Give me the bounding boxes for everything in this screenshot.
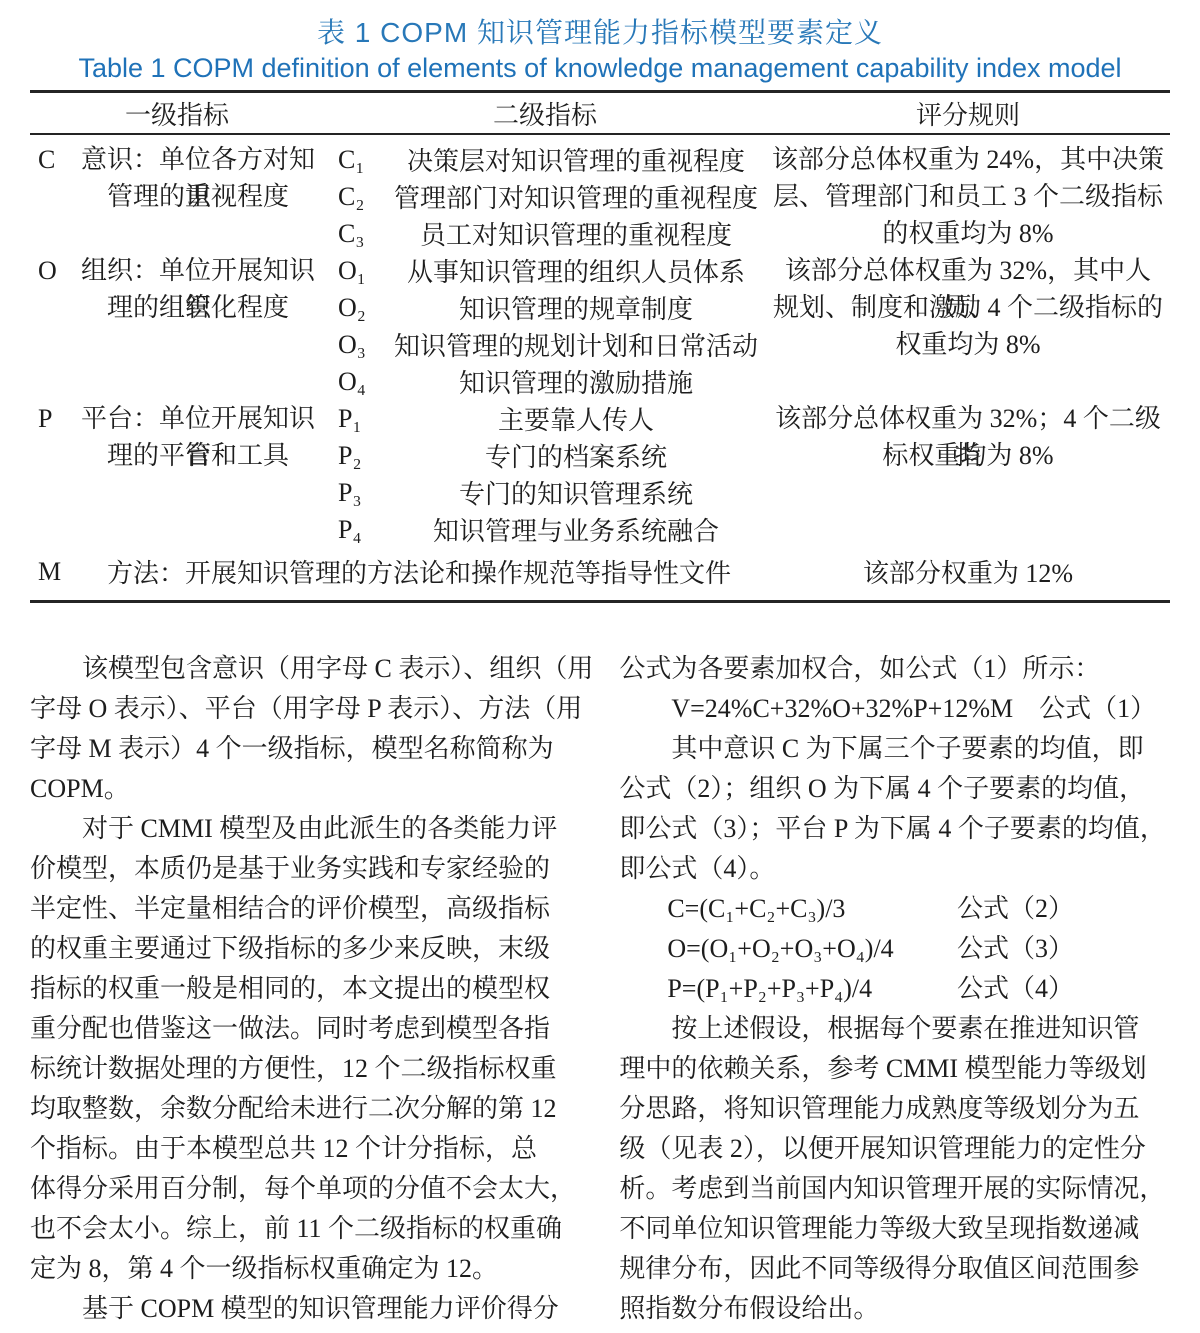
right-column: 公式为各要素加权合，如公式（1）所示： V=24%C+32%O+32%P+12%… [619, 649, 1170, 1329]
table-row-group-o: O 组织：单位开展知识管 理的组织化程度 O₁ 从事知识管理的组织人员体系 O₂… [30, 252, 1170, 400]
sub-code: O₃ [324, 330, 386, 360]
primary-line: 组织：单位开展知识管 [72, 252, 324, 289]
sub-code: P₁ [324, 404, 386, 434]
row-sub-indicators: O₁ 从事知识管理的组织人员体系 O₂ 知识管理的规章制度 O₃ 知识管理的规划… [324, 252, 766, 400]
formula-row: O=(O₁+O₂+O₃+O₄)/4 公式（3） [619, 929, 1170, 969]
sub-code: C₁ [324, 145, 386, 175]
text-line: 分思路，将知识管理能力成熟度等级划分为五 [619, 1089, 1170, 1129]
text-line: 标统计数据处理的方便性，12 个二级指标权重 [30, 1049, 593, 1089]
rule-line: 层、管理部门和员工 3 个二级指标 [766, 178, 1170, 215]
sub-desc: 主要靠人传人 [386, 400, 766, 437]
text-line: 均取整数，余数分配给未进行二次分解的第 12 [30, 1089, 593, 1129]
text-line: 基于 COPM 模型的知识管理能力评价得分 [30, 1289, 593, 1329]
sub-code: P₃ [324, 478, 386, 508]
row-scoring-rule: 该部分权重为 12% [766, 553, 1170, 590]
table-row-m: M 方法：开展知识管理的方法论和操作规范等指导性文件 该部分权重为 12% [30, 550, 1170, 592]
row-primary-indicator: 意识：单位各方对知识 管理的重视程度 [72, 141, 324, 252]
primary-line: 理的平台和工具 [72, 437, 324, 474]
text-line: 公式为各要素加权合，如公式（1）所示： [619, 649, 1170, 689]
text-line: 定为 8，第 4 个一级指标权重确定为 12。 [30, 1249, 593, 1289]
formula-expr: P=(P₁+P₂+P₃+P₄)/4 [667, 969, 872, 1009]
sub-code: P₄ [324, 515, 386, 545]
text-line: 析。考虑到当前国内知识管理开展的实际情况， [619, 1169, 1170, 1209]
table1-header-row: 一级指标 二级指标 评分规则 [30, 93, 1170, 135]
text-line: 照指数分布假设给出。 [619, 1289, 1170, 1329]
header-scoring-rule: 评分规则 [766, 95, 1170, 132]
rule-line: 规划、制度和激励 4 个二级指标的 [766, 289, 1170, 326]
text-line: 即公式（3）；平台 P 为下属 4 个子要素的均值， [619, 809, 1170, 849]
sub-indicator: C₂ 管理部门对知识管理的重视程度 [324, 178, 766, 215]
text-line: 重分配也借鉴这一做法。同时考虑到模型各指 [30, 1009, 593, 1049]
text-line: 其中意识 C 为下属三个子要素的均值，即 [619, 729, 1170, 769]
sub-code: C₂ [324, 182, 386, 212]
sub-indicator: P₃ 专门的知识管理系统 [324, 474, 766, 511]
sub-desc: 管理部门对知识管理的重视程度 [386, 178, 766, 215]
row-primary-indicator: 方法：开展知识管理的方法论和操作规范等指导性文件 [72, 553, 766, 590]
rule-line: 的权重均为 8% [766, 215, 1170, 252]
sub-code: O₄ [324, 367, 386, 397]
sub-indicator: O₂ 知识管理的规章制度 [324, 289, 766, 326]
text-line: 该模型包含意识（用字母 C 表示）、组织（用 [30, 649, 593, 689]
row-scoring-rule: 该部分总体权重为 24%，其中决策 层、管理部门和员工 3 个二级指标 的权重均… [766, 141, 1170, 252]
text-line: 指标的权重一般是相同的，本文提出的模型权 [30, 969, 593, 1009]
text-line: 级（见表 2），以便开展知识管理能力的定性分 [619, 1129, 1170, 1169]
sub-desc: 从事知识管理的组织人员体系 [386, 252, 766, 289]
text-line: 个指标。由于本模型总共 12 个计分指标，总 [30, 1129, 593, 1169]
row-sub-indicators: P₁ 主要靠人传人 P₂ 专门的档案系统 P₃ 专门的知识管理系统 P₄ 知识管… [324, 400, 766, 548]
sub-desc: 知识管理的激励措施 [386, 363, 766, 400]
row-primary-indicator: 平台：单位开展知识管 理的平台和工具 [72, 400, 324, 548]
text-line: 半定性、半定量相结合的评价模型，高级指标 [30, 889, 593, 929]
text-line: COPM。 [30, 769, 593, 809]
rule-line: 该部分总体权重为 32%，其中人员、 [766, 252, 1170, 289]
table-caption-zh: 表 1 COPM 知识管理能力指标模型要素定义 [30, 16, 1170, 50]
rule-line: 标权重均为 8% [766, 437, 1170, 474]
left-column: 该模型包含意识（用字母 C 表示）、组织（用 字母 O 表示）、平台（用字母 P… [30, 649, 593, 1329]
row-scoring-rule: 该部分总体权重为 32%，其中人员、 规划、制度和激励 4 个二级指标的 权重均… [766, 252, 1170, 400]
sub-desc: 知识管理的规章制度 [386, 289, 766, 326]
row-letter: M [30, 553, 72, 590]
formula-expr: C=(C₁+C₂+C₃)/3 [667, 889, 845, 929]
row-scoring-rule: 该部分总体权重为 32%；4 个二级指 标权重均为 8% [766, 400, 1170, 548]
text-line: 也不会太小。综上，前 11 个二级指标的权重确 [30, 1209, 593, 1249]
sub-desc: 专门的知识管理系统 [386, 474, 766, 511]
sub-indicator: C₁ 决策层对知识管理的重视程度 [324, 141, 766, 178]
text-line: 对于 CMMI 模型及由此派生的各类能力评 [30, 809, 593, 849]
table1-body: C 意识：单位各方对知识 管理的重视程度 C₁ 决策层对知识管理的重视程度 C₂… [30, 135, 1170, 600]
rule-line: 权重均为 8% [766, 326, 1170, 363]
sub-indicator: P₄ 知识管理与业务系统融合 [324, 511, 766, 548]
text-line: 按上述假设，根据每个要素在推进知识管 [619, 1009, 1170, 1049]
text-line: 理中的依赖关系，参考 CMMI 模型能力等级划 [619, 1049, 1170, 1089]
text-line: 即公式（4）。 [619, 849, 1170, 889]
text-line: 体得分采用百分制，每个单项的分值不会太大， [30, 1169, 593, 1209]
sub-desc: 员工对知识管理的重视程度 [386, 215, 766, 252]
rule-line: 该部分总体权重为 24%，其中决策 [766, 141, 1170, 178]
sub-indicator: O₃ 知识管理的规划计划和日常活动 [324, 326, 766, 363]
row-primary-indicator: 组织：单位开展知识管 理的组织化程度 [72, 252, 324, 400]
table-row-group-p: P 平台：单位开展知识管 理的平台和工具 P₁ 主要靠人传人 P₂ 专门的档案系… [30, 400, 1170, 548]
primary-line: 意识：单位各方对知识 [72, 141, 324, 178]
body-text-columns: 该模型包含意识（用字母 C 表示）、组织（用 字母 O 表示）、平台（用字母 P… [30, 649, 1170, 1329]
row-letter: O [30, 252, 72, 400]
formula-row: P=(P₁+P₂+P₃+P₄)/4 公式（4） [619, 969, 1170, 1009]
table-row-group-c: C 意识：单位各方对知识 管理的重视程度 C₁ 决策层对知识管理的重视程度 C₂… [30, 141, 1170, 252]
table1: 一级指标 二级指标 评分规则 C 意识：单位各方对知识 管理的重视程度 C₁ 决… [30, 90, 1170, 603]
sub-desc: 专门的档案系统 [386, 437, 766, 474]
formula-row: C=(C₁+C₂+C₃)/3 公式（2） [619, 889, 1170, 929]
sub-indicator: O₁ 从事知识管理的组织人员体系 [324, 252, 766, 289]
text-line: 字母 M 表示）4 个一级指标，模型名称简称为 [30, 729, 593, 769]
sub-code: O₂ [324, 293, 386, 323]
sub-desc: 决策层对知识管理的重视程度 [386, 141, 766, 178]
paper-page: 表 1 COPM 知识管理能力指标模型要素定义 Table 1 COPM def… [0, 0, 1200, 1329]
text-line: 的权重主要通过下级指标的多少来反映，末级 [30, 929, 593, 969]
formula-label: 公式（2） [957, 889, 1074, 929]
text-line: 规律分布，因此不同等级得分取值区间范围参 [619, 1249, 1170, 1289]
primary-line: 平台：单位开展知识管 [72, 400, 324, 437]
formula-label: 公式（4） [957, 969, 1074, 1009]
text-line: 不同单位知识管理能力等级大致呈现指数递减 [619, 1209, 1170, 1249]
header-primary-index: 一级指标 [30, 95, 324, 132]
primary-line: 管理的重视程度 [72, 178, 324, 215]
sub-indicator: C₃ 员工对知识管理的重视程度 [324, 215, 766, 252]
sub-code: C₃ [324, 219, 386, 249]
sub-desc: 知识管理与业务系统融合 [386, 511, 766, 548]
text-line: 公式（2）；组织 O 为下属 4 个子要素的均值， [619, 769, 1170, 809]
table-caption-en: Table 1 COPM definition of elements of k… [30, 53, 1170, 83]
row-sub-indicators: C₁ 决策层对知识管理的重视程度 C₂ 管理部门对知识管理的重视程度 C₃ 员工… [324, 141, 766, 252]
rule-line: 该部分总体权重为 32%；4 个二级指 [766, 400, 1170, 437]
sub-code: P₂ [324, 441, 386, 471]
text-line: 价模型，本质仍是基于业务实践和专家经验的 [30, 849, 593, 889]
text-line: 字母 O 表示）、平台（用字母 P 表示）、方法（用 [30, 689, 593, 729]
formula-label: 公式（3） [957, 929, 1074, 969]
sub-indicator: O₄ 知识管理的激励措施 [324, 363, 766, 400]
formula-expr: O=(O₁+O₂+O₃+O₄)/4 [667, 929, 893, 969]
sub-desc: 知识管理的规划计划和日常活动 [386, 326, 766, 363]
sub-indicator: P₁ 主要靠人传人 [324, 400, 766, 437]
row-letter: C [30, 141, 72, 252]
sub-code: O₁ [324, 256, 386, 286]
header-secondary-index: 二级指标 [324, 95, 766, 132]
row-letter: P [30, 400, 72, 548]
primary-line: 理的组织化程度 [72, 289, 324, 326]
sub-indicator: P₂ 专门的档案系统 [324, 437, 766, 474]
text-line: V=24%C+32%O+32%P+12%M 公式（1） [619, 689, 1170, 729]
